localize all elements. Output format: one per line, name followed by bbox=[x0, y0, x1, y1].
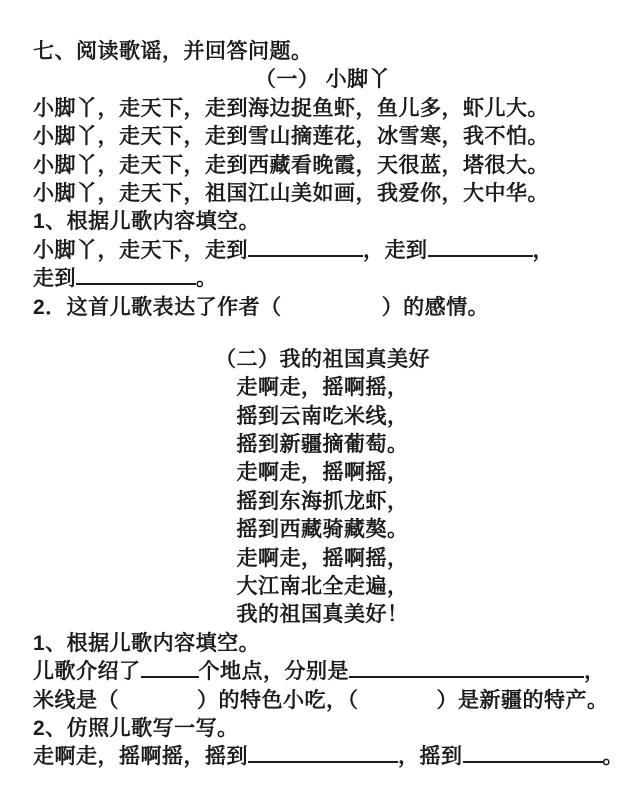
poem2-line: 走啊走，摇啊摇， bbox=[33, 545, 612, 573]
text-segment: 小脚丫，走天下，走到 bbox=[33, 239, 248, 262]
text-segment: 。 bbox=[196, 267, 218, 290]
fill-in-line: 米线是（）的特色小吃，（）是新疆的特产。 bbox=[33, 687, 612, 715]
poem2-line: 我的祖国真美好！ bbox=[33, 601, 612, 629]
poem2-line: 走啊走，摇啊摇， bbox=[33, 374, 612, 402]
worksheet-page: 七、阅读歌谣，并回答问题。（一） 小脚丫小脚丫，走天下，走到海边捉鱼虾，鱼儿多，… bbox=[0, 0, 640, 788]
text-segment: 摇到新疆摘葡萄。 bbox=[237, 433, 409, 456]
text-segment: 个地点，分别是 bbox=[199, 660, 350, 683]
poem1-line: 小脚丫，走天下，走到西藏看晚霞，天很蓝，塔很大。 bbox=[33, 152, 612, 180]
fill-in-blank[interactable] bbox=[428, 237, 533, 257]
poem1-line: 小脚丫，走天下，走到雪山摘莲花，冰雪寒，我不怕。 bbox=[33, 123, 612, 151]
answer-gap[interactable] bbox=[359, 689, 437, 707]
text-segment: 走啊走，摇啊摇， bbox=[237, 461, 409, 484]
text-segment: 小脚丫，走天下，走到雪山摘莲花，冰雪寒，我不怕。 bbox=[33, 125, 549, 148]
question-label: 2、仿照儿歌写一写。 bbox=[33, 715, 612, 743]
section-gap bbox=[33, 322, 612, 346]
poem2-line: 走啊走，摇啊摇， bbox=[33, 459, 612, 487]
text-segment: 1、根据儿歌内容填空。 bbox=[33, 210, 260, 233]
text-segment: ，摇到 bbox=[398, 745, 463, 768]
text-segment: 大江南北全走遍， bbox=[237, 575, 409, 598]
text-segment: 摇到东海抓龙虾， bbox=[237, 490, 409, 513]
fill-in-blank[interactable] bbox=[76, 265, 196, 285]
poem2-line: 摇到新疆摘葡萄。 bbox=[33, 431, 612, 459]
fill-in-line: 走啊走，摇啊摇，摇到，摇到。 bbox=[33, 743, 612, 771]
text-segment: 2．这首儿歌表达了作者（ bbox=[33, 296, 282, 319]
text-segment: 走啊走，摇啊摇， bbox=[237, 547, 409, 570]
text-segment: ）的感情。 bbox=[382, 296, 490, 319]
text-segment: 。 bbox=[603, 745, 625, 768]
fill-in-blank[interactable] bbox=[141, 658, 199, 678]
answer-gap[interactable] bbox=[282, 296, 382, 314]
question-label: 1、根据儿歌内容填空。 bbox=[33, 630, 612, 658]
fill-in-line: 小脚丫，走天下，走到，走到， bbox=[33, 237, 612, 265]
fill-in-blank[interactable] bbox=[248, 237, 363, 257]
fill-in-blank[interactable] bbox=[463, 744, 603, 764]
fill-in-line: 走到。 bbox=[33, 265, 612, 293]
text-segment: 摇到西藏骑藏獒。 bbox=[237, 518, 409, 541]
text-segment: 走到 bbox=[33, 267, 76, 290]
poem1-line: 小脚丫，走天下，祖国江山美如画，我爱你，大中华。 bbox=[33, 180, 612, 208]
text-segment: ）的特色小吃，（ bbox=[197, 689, 359, 712]
text-segment: 摇到云南吃米线， bbox=[237, 405, 409, 428]
text-segment: 小脚丫，走天下，走到西藏看晚霞，天很蓝，塔很大。 bbox=[33, 154, 549, 177]
poem2-line: 摇到云南吃米线， bbox=[33, 403, 612, 431]
text-segment: 我的祖国真美好！ bbox=[237, 603, 409, 626]
text-segment: （二）我的祖国真美好 bbox=[215, 348, 430, 371]
fill-in-blank[interactable] bbox=[349, 658, 584, 678]
poem2-title: （二）我的祖国真美好 bbox=[33, 346, 612, 374]
text-segment: 小脚丫，走天下，祖国江山美如画，我爱你，大中华。 bbox=[33, 182, 549, 205]
question-label: 1、根据儿歌内容填空。 bbox=[33, 208, 612, 236]
poem1-line: 小脚丫，走天下，走到海边捉鱼虾，鱼儿多，虾儿大。 bbox=[33, 95, 612, 123]
text-segment: 走啊走，摇啊摇，摇到 bbox=[33, 745, 248, 768]
text-segment: 小脚丫，走天下，走到海边捉鱼虾，鱼儿多，虾儿大。 bbox=[33, 97, 549, 120]
poem2-line: 摇到东海抓龙虾， bbox=[33, 488, 612, 516]
poem2-line: 摇到西藏骑藏獒。 bbox=[33, 516, 612, 544]
poem1-title: （一） 小脚丫 bbox=[33, 66, 612, 94]
answer-gap[interactable] bbox=[119, 689, 197, 707]
text-segment: （一） 小脚丫 bbox=[255, 68, 390, 91]
text-segment: 七、阅读歌谣，并回答问题。 bbox=[33, 40, 313, 63]
text-segment: 1、根据儿歌内容填空。 bbox=[33, 632, 260, 655]
text-segment: ， bbox=[584, 660, 606, 683]
text-segment: 2、仿照儿歌写一写。 bbox=[33, 717, 239, 740]
fill-in-blank[interactable] bbox=[248, 744, 398, 764]
text-segment: 儿歌介绍了 bbox=[33, 660, 141, 683]
text-segment: ）是新疆的特产。 bbox=[437, 689, 609, 712]
text-segment: ， bbox=[533, 239, 555, 262]
text-segment: ，走到 bbox=[363, 239, 428, 262]
question-label: 2．这首儿歌表达了作者（）的感情。 bbox=[33, 294, 612, 322]
text-segment: 米线是（ bbox=[33, 689, 119, 712]
text-segment: 走啊走，摇啊摇， bbox=[237, 376, 409, 399]
poem2-line: 大江南北全走遍， bbox=[33, 573, 612, 601]
section-heading: 七、阅读歌谣，并回答问题。 bbox=[33, 38, 612, 66]
fill-in-line: 儿歌介绍了个地点，分别是， bbox=[33, 658, 612, 686]
